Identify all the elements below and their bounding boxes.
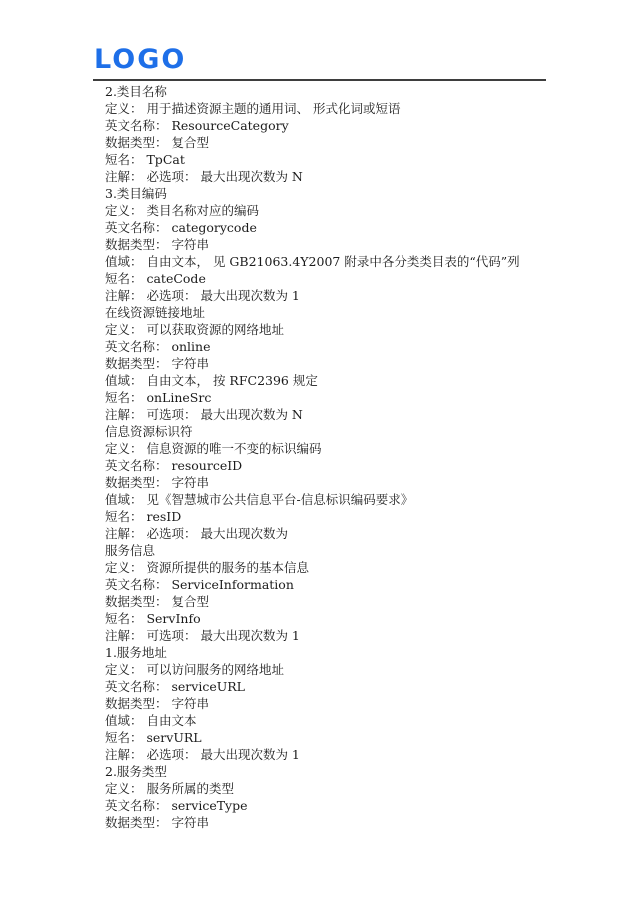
document-line: 定义： 用于描述资源主题的通用词、 形式化词或短语 (105, 100, 585, 117)
document-line: 短名： ServInfo (105, 610, 585, 627)
document-line: 英文名称： online (105, 338, 585, 355)
document-line: 定义： 可以获取资源的网络地址 (105, 321, 585, 338)
document-line: 英文名称： serviceURL (105, 678, 585, 695)
document-line: 定义： 可以访问服务的网络地址 (105, 661, 585, 678)
document-line: 服务信息 (105, 542, 585, 559)
document-line: 1.服务地址 (105, 644, 585, 661)
document-line: 定义： 服务所属的类型 (105, 780, 585, 797)
header-divider (93, 79, 546, 81)
document-line: 英文名称： serviceType (105, 797, 585, 814)
document-line: 定义： 类目名称对应的编码 (105, 202, 585, 219)
document-line: 注解： 必选项： 最大出现次数为 (105, 525, 585, 542)
document-line: 信息资源标识符 (105, 423, 585, 440)
document-line: 数据类型： 字符串 (105, 474, 585, 491)
document-line: 注解： 可选项： 最大出现次数为 N (105, 406, 585, 423)
document-line: 2.类目名称 (105, 83, 585, 100)
document-line: 数据类型： 复合型 (105, 134, 585, 151)
document-line: 值域： 自由文本， 按 RFC2396 规定 (105, 372, 585, 389)
document-line: 注解： 必选项： 最大出现次数为 1 (105, 287, 585, 304)
document-line: 英文名称： resourceID (105, 457, 585, 474)
document-line: 短名： TpCat (105, 151, 585, 168)
document-line: 短名： resID (105, 508, 585, 525)
document-line: 注解： 必选项： 最大出现次数为 1 (105, 746, 585, 763)
document-line: 数据类型： 字符串 (105, 236, 585, 253)
logo: LOGO (94, 46, 186, 74)
document-line: 注解： 必选项： 最大出现次数为 N (105, 168, 585, 185)
document-line: 值域： 自由文本， 见 GB21063.4Y2007 附录中各分类类目表的“代码… (105, 253, 585, 270)
document-line: 短名： servURL (105, 729, 585, 746)
document-page: LOGO 2.类目名称定义： 用于描述资源主题的通用词、 形式化词或短语英文名称… (0, 0, 640, 906)
document-line: 短名： cateCode (105, 270, 585, 287)
document-line: 数据类型： 字符串 (105, 695, 585, 712)
document-line: 英文名称： ServiceInformation (105, 576, 585, 593)
document-line: 数据类型： 字符串 (105, 814, 585, 831)
document-line: 值域： 见《智慧城市公共信息平台-信息标识编码要求》 (105, 491, 585, 508)
document-line: 数据类型： 字符串 (105, 355, 585, 372)
document-line: 3.类目编码 (105, 185, 585, 202)
document-line: 英文名称： categorycode (105, 219, 585, 236)
document-line: 定义： 信息资源的唯一不变的标识编码 (105, 440, 585, 457)
document-line: 在线资源链接地址 (105, 304, 585, 321)
document-line: 值域： 自由文本 (105, 712, 585, 729)
document-line: 短名： onLineSrc (105, 389, 585, 406)
document-line: 定义： 资源所提供的服务的基本信息 (105, 559, 585, 576)
document-line: 英文名称： ResourceCategory (105, 117, 585, 134)
document-line: 注解： 可选项： 最大出现次数为 1 (105, 627, 585, 644)
document-body: 2.类目名称定义： 用于描述资源主题的通用词、 形式化词或短语英文名称： Res… (105, 83, 585, 831)
document-line: 2.服务类型 (105, 763, 585, 780)
document-line: 数据类型： 复合型 (105, 593, 585, 610)
